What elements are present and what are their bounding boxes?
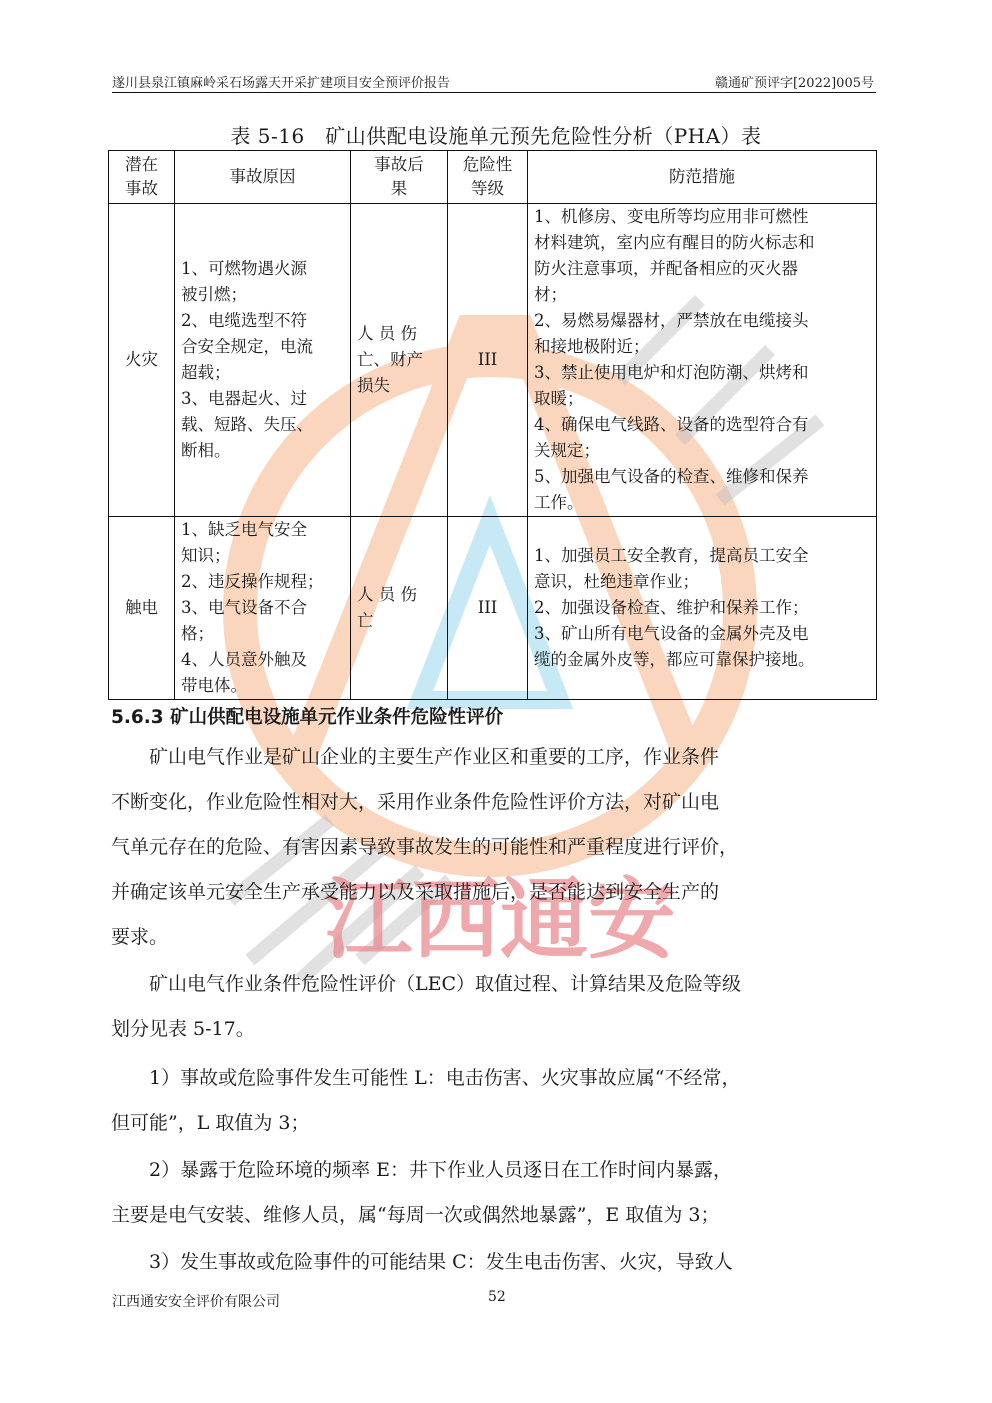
text-line: 不断变化，作业危险性相对大，采用作业条件危险性评价方法，对矿山电 — [111, 780, 877, 825]
text-line: 并确定该单元安全生产承受能力以及采取措施后，是否能达到安全生产的 — [111, 870, 877, 915]
cell-causes: 1、缺乏电气安全 知识； 2、违反操作规程； 3、电气设备不合 格； 4、人员意… — [175, 517, 351, 700]
measure-line: 关规定； — [534, 438, 870, 464]
cell-consequence: 人 员 伤 亡 — [351, 517, 448, 700]
table-header-row: 潜在 事故 事故原因 事故后 果 危险性 等级 防范措施 — [109, 151, 877, 204]
text-line: 3）发生事故或危险事件的可能结果 C：发生电击伤害、火灾，导致人 — [111, 1240, 877, 1285]
measure-line: 3、禁止使用电炉和灯泡防潮、烘烤和 — [534, 360, 870, 386]
cause-line: 2、违反操作规程； — [181, 569, 344, 595]
cell-consequence: 人 员 伤 亡、财产 损失 — [351, 204, 448, 517]
text-line: 气单元存在的危险、有害因素导致事故发生的可能性和严重程度进行评价， — [111, 825, 877, 870]
document-number: 赣通矿预评字[2022]005号 — [715, 72, 874, 91]
header-text: 事故 — [115, 177, 168, 201]
paragraph-lec: 矿山电气作业条件危险性评价（LEC）取值过程、计算结果及危险等级 划分见表 5-… — [111, 962, 877, 1052]
cell-accident: 触电 — [109, 517, 175, 700]
cell-measures: 1、机修房、变电所等均应用非可燃性 材料建筑，室内应有醒目的防火标志和 防火注意… — [528, 204, 877, 517]
paragraph-l-value: 1）事故或危险事件发生可能性 L：电击伤害、火灾事故应属“不经常， 但可能”，L… — [111, 1056, 877, 1146]
measure-line: 1、加强员工安全教育，提高员工安全 — [534, 543, 870, 569]
paragraph-c-value: 3）发生事故或危险事件的可能结果 C：发生电击伤害、火灾，导致人 — [111, 1240, 877, 1285]
cause-line: 知识； — [181, 543, 344, 569]
section-heading: 5.6.3 矿山供配电设施单元作业条件危险性评价 — [111, 703, 503, 729]
table-row: 火灾 1、可燃物遇火源 被引燃； 2、电缆选型不符 合安全规定，电流 超载； 3… — [109, 204, 877, 517]
measure-line: 2、加强设备检查、维护和保养工作； — [534, 595, 870, 621]
cell-accident: 火灾 — [109, 204, 175, 517]
cell-risk-level: III — [448, 517, 528, 700]
measure-line: 和接地极附近； — [534, 334, 870, 360]
text-line: 主要是电气安装、维修人员，属“每周一次或偶然地暴露”，E 取值为 3； — [111, 1193, 877, 1238]
measure-line: 材料建筑，室内应有醒目的防火标志和 — [534, 230, 870, 256]
text-line: 矿山电气作业条件危险性评价（LEC）取值过程、计算结果及危险等级 — [111, 962, 877, 1007]
page-header: 遂川县泉江镇麻岭采石场露天开采扩建项目安全预评价报告 赣通矿预评字[2022]0… — [112, 70, 874, 92]
consequence-line: 亡、财产 — [357, 347, 441, 373]
pha-table: 潜在 事故 事故原因 事故后 果 危险性 等级 防范措施 火灾 1、可燃物遇火源 — [108, 150, 877, 700]
header-divider — [112, 92, 876, 93]
col-header-cause: 事故原因 — [175, 151, 351, 204]
header-text: 事故原因 — [181, 165, 344, 189]
cause-line: 格； — [181, 621, 344, 647]
measure-line: 工作。 — [534, 490, 870, 516]
text-line: 划分见表 5-17。 — [111, 1007, 877, 1052]
cause-line: 带电体。 — [181, 673, 344, 699]
footer-company: 江西通安安全评价有限公司 — [112, 1291, 280, 1311]
consequence-line: 人 员 伤 — [357, 582, 441, 608]
cause-line: 3、电气设备不合 — [181, 595, 344, 621]
header-text: 事故后 — [357, 153, 441, 177]
page-number: 52 — [488, 1289, 506, 1305]
col-header-consequence: 事故后 果 — [351, 151, 448, 204]
header-text: 果 — [357, 177, 441, 201]
cell-causes: 1、可燃物遇火源 被引燃； 2、电缆选型不符 合安全规定，电流 超载； 3、电器… — [175, 204, 351, 517]
col-header-measures: 防范措施 — [528, 151, 877, 204]
measure-line: 取暖； — [534, 386, 870, 412]
header-text: 防范措施 — [534, 165, 870, 189]
cause-line: 超载； — [181, 360, 344, 386]
cause-line: 4、人员意外触及 — [181, 647, 344, 673]
cause-line: 2、电缆选型不符 — [181, 308, 344, 334]
cause-line: 1、可燃物遇火源 — [181, 256, 344, 282]
consequence-line: 亡 — [357, 608, 441, 634]
measure-line: 材； — [534, 282, 870, 308]
paragraph-e-value: 2）暴露于危险环境的频率 E：井下作业人员逐日在工作时间内暴露， 主要是电气安装… — [111, 1148, 877, 1238]
header-text: 等级 — [454, 177, 521, 201]
text-line: 矿山电气作业是矿山企业的主要生产作业区和重要的工序，作业条件 — [111, 735, 877, 780]
measure-line: 意识，杜绝违章作业； — [534, 569, 870, 595]
col-header-potential-accident: 潜在 事故 — [109, 151, 175, 204]
consequence-line: 人 员 伤 — [357, 321, 441, 347]
measure-line: 4、确保电气线路、设备的选型符合有 — [534, 412, 870, 438]
text-line: 但可能”，L 取值为 3； — [111, 1101, 877, 1146]
measure-line: 5、加强电气设备的检查、维修和保养 — [534, 464, 870, 490]
header-text: 危险性 — [454, 153, 521, 177]
cause-line: 断相。 — [181, 438, 344, 464]
measure-line: 1、机修房、变电所等均应用非可燃性 — [534, 204, 870, 230]
paragraph-intro: 矿山电气作业是矿山企业的主要生产作业区和重要的工序，作业条件 不断变化，作业危险… — [111, 735, 877, 960]
header-text: 潜在 — [115, 153, 168, 177]
cause-line: 1、缺乏电气安全 — [181, 517, 344, 543]
measure-line: 3、矿山所有电气设备的金属外壳及电 — [534, 621, 870, 647]
measure-line: 防火注意事项，并配备相应的灭火器 — [534, 256, 870, 282]
cause-line: 被引燃； — [181, 282, 344, 308]
cause-line: 载、短路、失压、 — [181, 412, 344, 438]
table-caption: 表 5-16 矿山供配电设施单元预先危险性分析（PHA）表 — [0, 120, 992, 149]
text-line: 1）事故或危险事件发生可能性 L：电击伤害、火灾事故应属“不经常， — [111, 1056, 877, 1101]
table-row: 触电 1、缺乏电气安全 知识； 2、违反操作规程； 3、电气设备不合 格； 4、… — [109, 517, 877, 700]
measure-line: 2、易燃易爆器材，严禁放在电缆接头 — [534, 308, 870, 334]
consequence-line: 损失 — [357, 373, 441, 399]
cell-measures: 1、加强员工安全教育，提高员工安全 意识，杜绝违章作业； 2、加强设备检查、维护… — [528, 517, 877, 700]
cause-line: 合安全规定，电流 — [181, 334, 344, 360]
report-title: 遂川县泉江镇麻岭采石场露天开采扩建项目安全预评价报告 — [112, 72, 450, 91]
col-header-risk-level: 危险性 等级 — [448, 151, 528, 204]
text-line: 2）暴露于危险环境的频率 E：井下作业人员逐日在工作时间内暴露， — [111, 1148, 877, 1193]
text-line: 要求。 — [111, 915, 877, 960]
measure-line: 缆的金属外皮等，都应可靠保护接地。 — [534, 647, 870, 673]
cell-risk-level: III — [448, 204, 528, 517]
cause-line: 3、电器起火、过 — [181, 386, 344, 412]
